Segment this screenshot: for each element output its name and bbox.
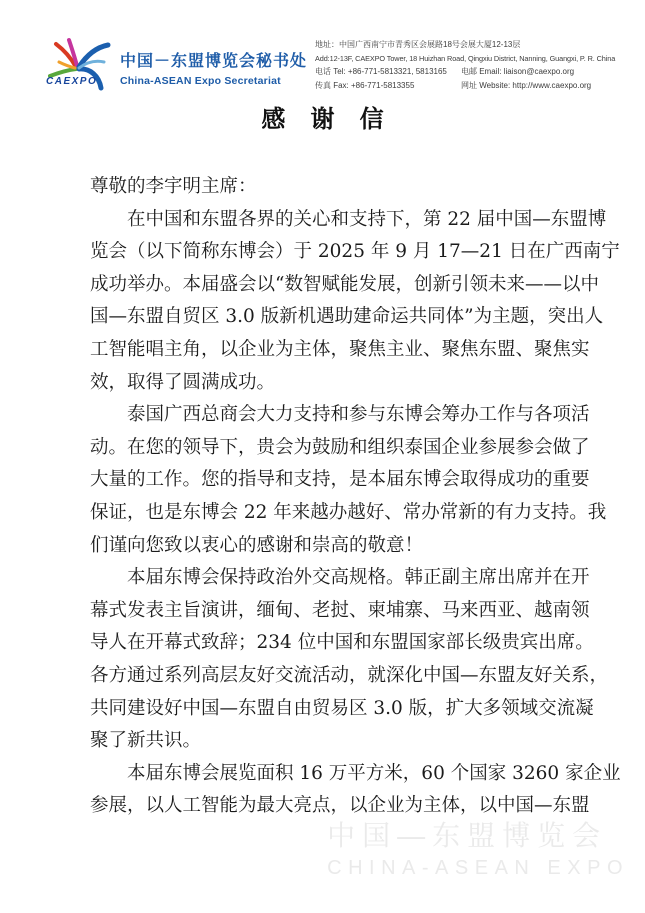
letter-line: 共同建设好中国—东盟自由贸易区 3.0 版，扩大多领域交流凝: [90, 693, 573, 726]
paragraph-1: 在中国和东盟各界的关心和支持下，第 22 届中国—东盟博 览会（以下简称东博会）…: [90, 204, 573, 400]
letter-line: 大量的工作。您的指导和支持，是本届东博会取得成功的重要: [90, 464, 573, 497]
contact-fax: 传真 Fax: +86-771-5813355: [315, 79, 461, 93]
contact-block: 地址：中国广西南宁市青秀区会展路18号会展大厦12-13层 Add:12-13F…: [315, 36, 615, 92]
watermark-en: CHINA-ASEAN EXPO: [327, 853, 629, 883]
letter-body: 尊敬的李宇明主席： 在中国和东盟各界的关心和支持下，第 22 届中国—东盟博 览…: [90, 171, 573, 823]
letter-line: 各方通过系列高层友好交流活动，就深化中国—东盟友好关系，: [90, 660, 573, 693]
svg-text:CAEXPO: CAEXPO: [46, 76, 97, 87]
contact-website: 网址 Website: http://www.caexpo.org: [461, 79, 615, 93]
letter-line: 聚了新共识。: [90, 725, 573, 758]
letter-line: 效，取得了圆满成功。: [90, 367, 573, 400]
letterhead: CAEXPO 中国－东盟博览会秘书处 China-ASEAN Expo Secr…: [44, 36, 615, 100]
org-name-zh: 中国－东盟博览会秘书处: [120, 48, 307, 71]
letter-title: 感 谢 信: [0, 99, 645, 134]
letter-page: CAEXPO 中国－东盟博览会秘书处 China-ASEAN Expo Secr…: [0, 0, 645, 913]
letter-line: 本届东博会展览面积 16 万平方米，60 个国家 3260 家企业: [90, 758, 573, 791]
letter-line: 导人在开幕式致辞；234 位中国和东盟国家部长级贵宾出席。: [90, 627, 573, 660]
contact-address-en: Add:12-13F, CAEXPO Tower, 18 Huizhan Roa…: [315, 52, 615, 66]
letter-line: 成功举办。本届盛会以“数智赋能发展，创新引领未来——以中: [90, 269, 573, 302]
org-names: 中国－东盟博览会秘书处 China-ASEAN Expo Secretariat: [120, 48, 307, 87]
contact-address-zh: 地址：中国广西南宁市青秀区会展路18号会展大厦12-13层: [315, 38, 615, 52]
caexpo-logo: CAEXPO 中国－东盟博览会秘书处 China-ASEAN Expo Secr…: [44, 36, 312, 100]
caexpo-firework-icon: CAEXPO: [44, 36, 112, 100]
letter-line: 国—东盟自贸区 3.0 版新机遇助建命运共同体”为主题，突出人: [90, 301, 573, 334]
paragraph-3: 本届东博会保持政治外交高规格。韩正副主席出席并在开 幕式发表主旨演讲，缅甸、老挝…: [90, 562, 573, 758]
org-name-en: China-ASEAN Expo Secretariat: [120, 75, 307, 87]
letter-line: 动。在您的领导下，贵会为鼓励和组织泰国企业参展参会做了: [90, 432, 573, 465]
letter-line: 幕式发表主旨演讲，缅甸、老挝、柬埔寨、马来西亚、越南领: [90, 595, 573, 628]
letter-line: 览会（以下简称东博会）于 2025 年 9 月 17—21 日在广西南宁: [90, 236, 573, 269]
salutation: 尊敬的李宇明主席：: [90, 171, 573, 204]
letter-line: 泰国广西总商会大力支持和参与东博会筹办工作与各项活: [90, 399, 573, 432]
paragraph-2: 泰国广西总商会大力支持和参与东博会筹办工作与各项活 动。在您的领导下，贵会为鼓励…: [90, 399, 573, 562]
letter-line: 保证，也是东博会 22 年来越办越好、常办常新的有力支持。我: [90, 497, 573, 530]
contact-email: 电邮 Email: liaison@caexpo.org: [461, 65, 615, 79]
letter-line: 参展，以人工智能为最大亮点，以企业为主体，以中国—东盟: [90, 790, 573, 823]
letter-line: 工智能唱主角，以企业为主体，聚焦主业、聚焦东盟、聚焦实: [90, 334, 573, 367]
contact-tel: 电话 Tel: +86-771-5813321, 5813165: [315, 65, 461, 79]
letter-line: 在中国和东盟各界的关心和支持下，第 22 届中国—东盟博: [90, 204, 573, 237]
letter-line: 本届东博会保持政治外交高规格。韩正副主席出席并在开: [90, 562, 573, 595]
watermark: 中国—东盟博览会 CHINA-ASEAN EXPO: [327, 819, 629, 883]
paragraph-4: 本届东博会展览面积 16 万平方米，60 个国家 3260 家企业 参展，以人工…: [90, 758, 573, 823]
letter-line: 们谨向您致以衷心的感谢和崇高的敬意！: [90, 530, 573, 563]
watermark-zh: 中国—东盟博览会: [327, 819, 629, 853]
